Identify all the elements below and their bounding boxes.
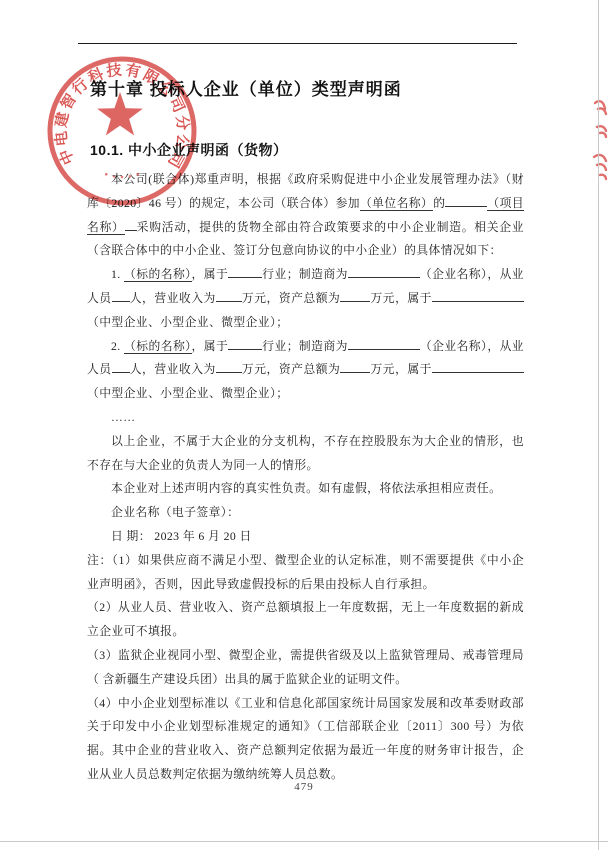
blank-underline: [432, 290, 524, 302]
bid-item-2: 2. （标的名称），属于行业；制造商为（企业名称），从业人员人，营业收入为万元，…: [87, 335, 524, 406]
seal-ring: [50, 59, 194, 203]
text-segment: ……: [111, 410, 135, 424]
company-seal-stamp: 中电建智行科技有限公司分公司: [32, 41, 212, 221]
text-segment: 行业；制造商为: [262, 339, 348, 353]
company-name-signature-line: 企业名称（电子签章）：: [87, 501, 524, 525]
text-segment: 人，营业收入为: [130, 291, 216, 305]
text-segment: 以上企业，不属于大企业的分支机构，不存在控股股东为大企业的情形，也不存在与大企业…: [87, 434, 524, 472]
note-4: （4）中小企业划型标准以《工业和信息化部国家统计局国家发展和改革委财政部关于印发…: [87, 692, 524, 787]
text-segment: 采购活动，提供的货物全部由符合政策要求的中小企业制造。相关企业（含联合体中的中小…: [87, 220, 524, 258]
page-number: 479: [0, 781, 608, 793]
note-1: 注：（1）如果供应商不满足小型、微型企业的认定标准，则不需要提供《中小企业声明函…: [87, 549, 524, 597]
note-3: （3）监狱企业视同小型、微型企业，需提供省级及以上监狱管理局、戒毒管理局（ 含新…: [87, 644, 524, 692]
ellipsis-line: ……: [87, 406, 524, 430]
text-segment: （中型企业、小型企业、微型企业）；: [87, 386, 288, 400]
text-segment: （3）监狱企业视同小型、微型企业，需提供省级及以上监狱管理局、戒毒管理局（ 含新…: [87, 648, 524, 686]
page-edge-bottom: [0, 841, 608, 842]
text-segment: 行业；制造商为: [262, 267, 348, 281]
blank-underline: [445, 195, 487, 207]
text-segment: 的: [433, 196, 445, 210]
blank-underline: [228, 338, 262, 350]
bid-item-1: 1. （标的名称），属于行业；制造商为（企业名称），从业人员人，营业收入为万元，…: [87, 263, 524, 334]
text-segment: 企业名称（电子签章）：: [111, 505, 239, 519]
blank-underline: [216, 290, 242, 302]
text-segment: （4）中小企业划型标准以《工业和信息化部国家统计局国家发展和改革委财政部关于印发…: [87, 696, 524, 781]
text-segment: （单位名称）: [360, 196, 433, 211]
page-edge-right: [598, 0, 599, 850]
note-2: （2）从业人员、营业收入、资产总额填报上一年度数据，无上一年度数据的新成立企业可…: [87, 596, 524, 644]
text-segment: （标的名称）: [124, 339, 191, 354]
blank-underline: [348, 338, 420, 350]
text-segment: 万元，资产总额为: [242, 291, 341, 305]
text-segment: 万元，属于: [370, 291, 432, 305]
text-segment: （中型企业、小型企业、微型企业）；: [87, 315, 288, 329]
text-segment: 万元，资产总额为: [242, 362, 341, 376]
text-segment: 本企业对上述声明内容的真实性负责。如有虚假，将依法承担相应责任。: [111, 481, 501, 495]
blank-underline: [340, 361, 370, 373]
date-line: 日 期： 2023 年 6 月 20 日: [87, 525, 524, 549]
text-segment: （标的名称）: [124, 267, 191, 282]
seal-code-dots: [105, 173, 139, 178]
text-segment: ，属于: [192, 267, 229, 281]
text-segment: 人，营业收入为: [130, 362, 216, 376]
blank-underline: [216, 361, 242, 373]
text-segment: 日 期： 2023 年 6 月 20 日: [111, 529, 252, 543]
large-enterprise-clause: 以上企业，不属于大企业的分支机构，不存在控股股东为大企业的情形，也不存在与大企业…: [87, 430, 524, 478]
text-segment: 2.: [111, 339, 124, 353]
blank-underline: [112, 290, 130, 302]
blank-underline: [340, 290, 370, 302]
text-segment: ，属于: [192, 339, 229, 353]
blank-underline: [432, 361, 524, 373]
blank-underline: [228, 266, 262, 278]
blank-underline: [348, 266, 420, 278]
text-segment: 1.: [111, 267, 124, 281]
text-segment: 注：（1）如果供应商不满足小型、微型企业的认定标准，则不需要提供《中小企业声明函…: [87, 553, 524, 591]
scanned-document-page: 第十章 投标人企业（单位）类型声明函 10.1. 中小企业声明函（货物） 本公司…: [0, 0, 608, 850]
text-segment: 万元，属于: [370, 362, 432, 376]
authenticity-clause: 本企业对上述声明内容的真实性负责。如有虚假，将依法承担相应责任。: [87, 477, 524, 501]
star-icon: [97, 92, 143, 135]
blank-underline: [112, 361, 130, 373]
document-body: 本公司(联合体)郑重声明，根据《政府采购促进中小企业发展管理办法》（财库〔202…: [87, 168, 524, 787]
text-segment: （2）从业人员、营业收入、资产总额填报上一年度数据，无上一年度数据的新成立企业可…: [87, 600, 524, 638]
